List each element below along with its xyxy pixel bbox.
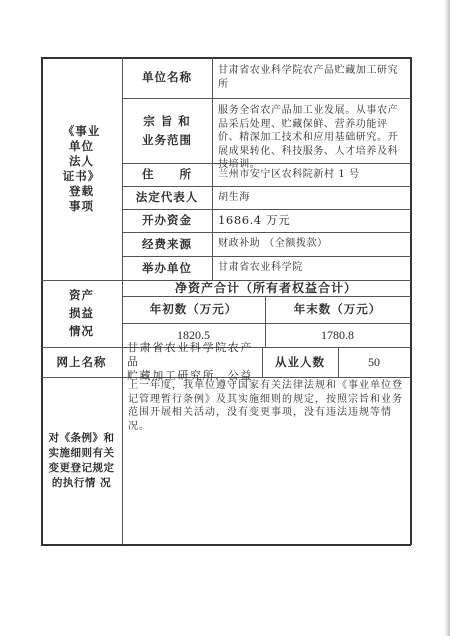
title-line: 法人 <box>63 154 101 169</box>
title-line: 损益 <box>69 306 94 321</box>
funds-label: 开办资金 <box>122 209 212 232</box>
title-line: 资产 <box>69 288 94 303</box>
unit-name-value: 甘肃省农业科学院农产品贮藏加工研究所 <box>212 57 410 98</box>
title-line: 事项 <box>63 199 101 214</box>
compliance-section-title: 对《条例》和 实施细则有关 变更登记规定 的执行情 况 <box>41 377 122 544</box>
assets-section-title: 资产 损益 情况 <box>41 280 122 347</box>
funds-value: 1686.4 万元 <box>212 209 410 232</box>
title-line: 变更登记规定 <box>49 461 115 476</box>
title-line: 实施细则有关 <box>49 446 115 461</box>
title-line: 情况 <box>69 324 94 339</box>
end-year-label: 年末数（万元） <box>265 296 410 323</box>
title-line: 登载 <box>63 184 101 199</box>
unit-name-label: 单位名称 <box>122 57 212 98</box>
border-bottom <box>41 544 411 546</box>
funding-source-value: 财政补助 （全额拨款） <box>212 232 410 256</box>
net-assets-header: 净资产合计（所有者权益合计） <box>122 280 410 296</box>
page-edge-shadow <box>444 0 450 636</box>
title-line: 《事业 <box>63 124 101 139</box>
registration-section-title: 《事业 单位 法人 证书》 登载 事项 <box>41 57 122 280</box>
end-year-value: 1780.8 <box>265 323 410 347</box>
online-name-value: 甘肃省农业科学院农产品 贮藏加工研究所．公益 <box>122 347 262 377</box>
legal-rep-value: 胡生海 <box>212 186 410 209</box>
address-value: 兰州市安宁区农科院新村 1 号 <box>212 163 410 186</box>
label-line: 宗 旨 和 <box>142 114 192 129</box>
title-line: 的执行情 况 <box>49 476 115 491</box>
sponsor-label: 举办单位 <box>122 256 212 280</box>
border-right <box>410 57 412 545</box>
sponsor-value: 甘肃省农业科学院 <box>212 256 410 280</box>
title-line: 单位 <box>63 139 101 154</box>
compliance-text: 上一年度，我单位遵守国家有关法律法规和《事业单位登记管理暂行条例》及其实施细则的… <box>122 377 410 544</box>
funding-source-label: 经费来源 <box>122 232 212 256</box>
begin-year-label: 年初数（万元） <box>122 296 265 323</box>
title-line: 证书》 <box>63 169 101 184</box>
legal-rep-label: 法定代表人 <box>122 186 212 209</box>
annual-report-table: 《事业 单位 法人 证书》 登载 事项 单位名称 甘肃省农业科学院农产品贮藏加工… <box>41 57 411 545</box>
label-line: 业务范围 <box>142 133 192 148</box>
online-name-label: 网上名称 <box>41 347 122 377</box>
title-line: 对《条例》和 <box>49 431 115 446</box>
staff-count-value: 50 <box>338 347 410 377</box>
staff-count-label: 从业人数 <box>262 347 338 377</box>
purpose-scope-value: 服务全省农产品加工业发展。从事农产品采后处理、贮藏保鲜、营养功能评价、精深加工技… <box>212 98 410 163</box>
value-line: 甘肃省农业科学院农产品 <box>127 341 262 369</box>
purpose-scope-label: 宗 旨 和 业务范围 <box>122 98 212 163</box>
address-label: 住 所 <box>122 163 212 186</box>
